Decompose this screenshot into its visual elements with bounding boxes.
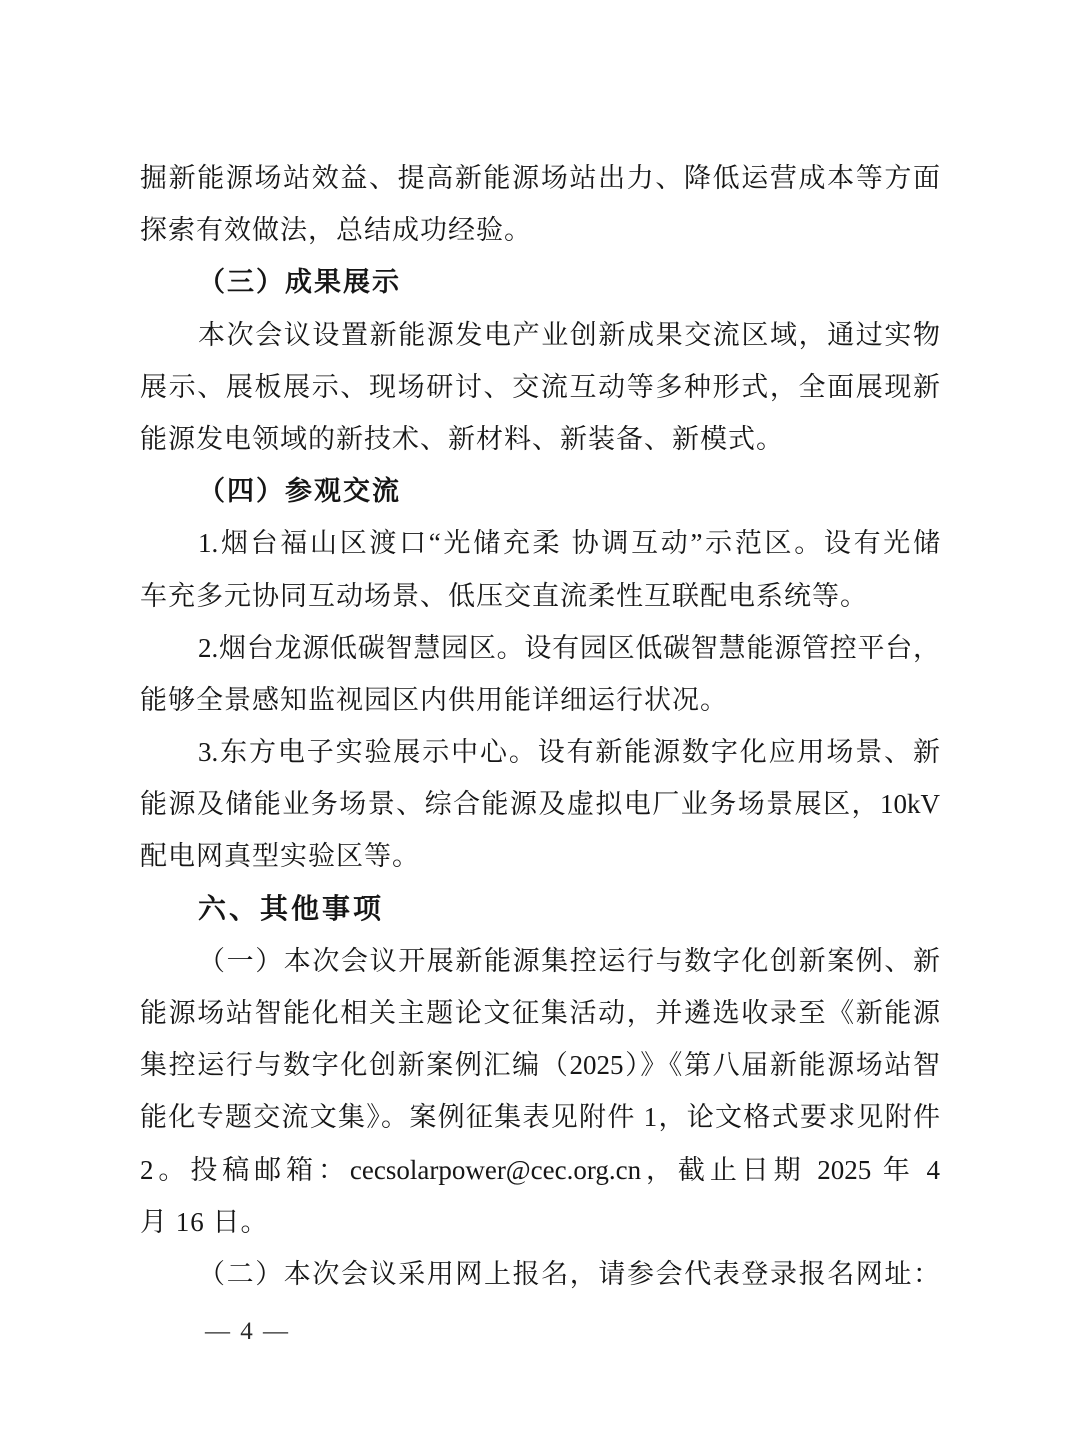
text-line: 车充多元协同互动场景、低压交直流柔性互联配电系统等。 bbox=[140, 570, 940, 622]
text-line: 2.烟台龙源低碳智慧园区。设有园区低碳智慧能源管控平台， bbox=[140, 622, 940, 674]
text-line: 探索有效做法，总结成功经验。 bbox=[140, 204, 940, 256]
text-line: 2。投稿邮箱：cecsolarpower@cec.org.cn，截止日期 202… bbox=[140, 1144, 940, 1196]
text-line: 六、其他事项 bbox=[140, 883, 940, 935]
text-line: （一）本次会议开展新能源集控运行与数字化创新案例、新 bbox=[140, 935, 940, 987]
text-line: 掘新能源场站效益、提高新能源场站出力、降低运营成本等方面 bbox=[140, 152, 940, 204]
text-line: 能够全景感知监视园区内供用能详细运行状况。 bbox=[140, 674, 940, 726]
document-text-block: 掘新能源场站效益、提高新能源场站出力、降低运营成本等方面探索有效做法，总结成功经… bbox=[140, 152, 940, 1300]
text-line: 本次会议设置新能源发电产业创新成果交流区域，通过实物 bbox=[140, 309, 940, 361]
text-line: （三）成果展示 bbox=[140, 256, 940, 308]
text-line: （四）参观交流 bbox=[140, 465, 940, 517]
text-line: 能化专题交流文集》。案例征集表见附件 1，论文格式要求见附件 bbox=[140, 1091, 940, 1143]
text-line: 3.东方电子实验展示中心。设有新能源数字化应用场景、新 bbox=[140, 726, 940, 778]
text-line: 月 16 日。 bbox=[140, 1196, 940, 1248]
text-line: 展示、展板展示、现场研讨、交流互动等多种形式，全面展现新 bbox=[140, 361, 940, 413]
text-line: 能源发电领域的新技术、新材料、新装备、新模式。 bbox=[140, 413, 940, 465]
text-line: 能源场站智能化相关主题论文征集活动，并遴选收录至《新能源 bbox=[140, 987, 940, 1039]
document-page: 掘新能源场站效益、提高新能源场站出力、降低运营成本等方面探索有效做法，总结成功经… bbox=[0, 0, 1077, 1436]
text-line: 能源及储能业务场景、综合能源及虚拟电厂业务场景展区，10kV bbox=[140, 778, 940, 830]
text-line: 配电网真型实验区等。 bbox=[140, 830, 940, 882]
page-number: — 4 — bbox=[205, 1318, 290, 1346]
text-line: 1.烟台福山区渡口“光储充柔 协调互动”示范区。设有光储 bbox=[140, 517, 940, 569]
text-line: 集控运行与数字化创新案例汇编（2025）》《第八届新能源场站智 bbox=[140, 1039, 940, 1091]
text-line: （二）本次会议采用网上报名，请参会代表登录报名网址： bbox=[140, 1248, 940, 1300]
